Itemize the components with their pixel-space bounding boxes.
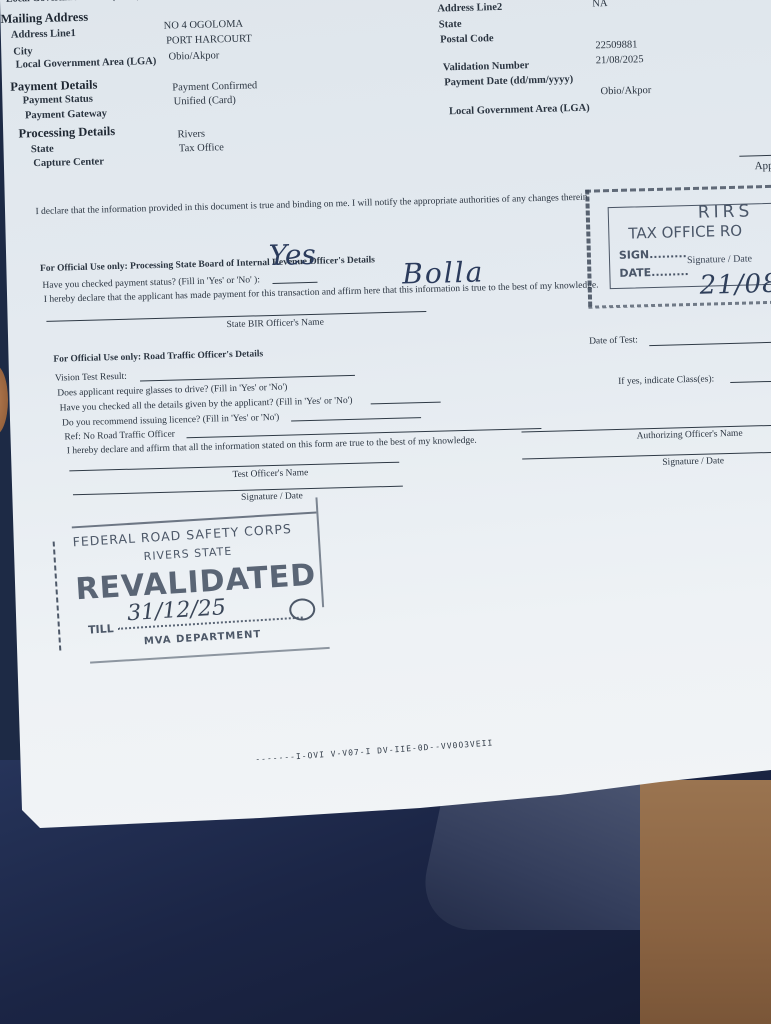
payment-details-heading: Payment Details bbox=[10, 77, 98, 94]
capture-center-value: Tax Office bbox=[179, 142, 224, 154]
lga-label: Local Government Area (LGA) bbox=[16, 56, 157, 71]
rirs-handwritten-date: 21/08/ bbox=[699, 268, 771, 300]
applicant-signature-line bbox=[739, 154, 771, 157]
processing-lga-value: Obio/Akpor bbox=[600, 85, 651, 97]
bir-officer-handwritten-name: Bolla bbox=[402, 255, 485, 290]
authorizing-officer-signature-line[interactable] bbox=[522, 451, 771, 459]
vision-test-line[interactable] bbox=[140, 375, 355, 382]
payment-date-label: Payment Date (dd/mm/yyyy) bbox=[444, 74, 573, 88]
payment-status-value: Payment Confirmed bbox=[172, 80, 257, 93]
test-officer-signature-line[interactable] bbox=[73, 486, 403, 496]
processing-state-value: Rivers bbox=[177, 129, 205, 141]
frsc-revalidated-stamp: FEDERAL ROAD SAFETY CORPS RIVERS STATE R… bbox=[51, 497, 335, 664]
recommend-question: Do you recommend issuing licence? (Fill … bbox=[62, 413, 279, 429]
authorizing-officer-signature-label: Signature / Date bbox=[662, 456, 724, 468]
payment-gateway-value: Unified (Card) bbox=[174, 95, 236, 108]
date-of-test-label: Date of Test: bbox=[589, 335, 638, 346]
cut-label: Local Government Area (LGA) bbox=[6, 0, 140, 5]
postal-code-label: Postal Code bbox=[440, 33, 494, 45]
applicant-label: Appl bbox=[754, 160, 771, 173]
road-traffic-heading: For Official Use only: Road Traffic Offi… bbox=[53, 349, 263, 364]
rirs-stamp-subtitle: TAX OFFICE RO bbox=[628, 222, 742, 243]
frsc-initial-seal-icon bbox=[289, 598, 316, 622]
rirs-stamp-title: RIRS bbox=[698, 201, 754, 222]
ref-line[interactable] bbox=[187, 428, 542, 438]
authorizing-officer-name-label: Authorizing Officer's Name bbox=[637, 429, 743, 442]
rirs-signature-date-label: Signature / Date bbox=[687, 253, 752, 266]
lga-value: Obio/Akpor bbox=[168, 50, 219, 62]
validation-number-label: Validation Number bbox=[443, 60, 530, 73]
city-label: City bbox=[13, 46, 33, 58]
date-of-test-line[interactable] bbox=[649, 341, 771, 346]
ref-label: Ref: No Road Traffic Officer bbox=[64, 430, 175, 443]
payment-date-value: 21/08/2025 bbox=[596, 54, 644, 66]
vision-test-label: Vision Test Result: bbox=[55, 372, 127, 384]
frsc-stamp-till-label: TILL bbox=[88, 622, 114, 637]
processing-details-heading: Processing Details bbox=[18, 124, 115, 142]
state-value: NA bbox=[592, 0, 607, 9]
rirs-tax-office-stamp: RIRS TAX OFFICE RO SIGN......... DATE...… bbox=[585, 183, 771, 309]
bir-section-heading: For Official Use only: Processing State … bbox=[40, 255, 375, 274]
state-label: State bbox=[439, 19, 462, 31]
glasses-question: Does applicant require glasses to drive?… bbox=[57, 383, 287, 399]
address-line1-value: NO 4 OGOLOMA bbox=[164, 19, 244, 32]
form-sheet: Local Government Area (LGA) Mailing Addr… bbox=[0, 0, 771, 830]
class-label: If yes, indicate Class(es): bbox=[618, 374, 714, 387]
frsc-stamp-department: MVA DEPARTMENT bbox=[144, 629, 262, 647]
address-line1-label: Address Line1 bbox=[11, 28, 76, 41]
background-finger bbox=[0, 365, 8, 435]
bir-payment-status-answer: Yes bbox=[268, 238, 316, 272]
bir-officer-name-label: State BIR Officer's Name bbox=[226, 318, 324, 331]
processing-state-label: State bbox=[31, 144, 54, 156]
test-officer-name-label: Test Officer's Name bbox=[232, 468, 308, 480]
payment-gateway-label: Payment Gateway bbox=[25, 108, 107, 121]
declaration-text: I declare that the information provided … bbox=[35, 193, 590, 218]
city-value: PORT HARCOURT bbox=[166, 33, 252, 46]
address-line2-label: Address Line2 bbox=[437, 2, 502, 15]
bir-payment-status-question: Have you checked payment status? (Fill i… bbox=[42, 275, 260, 291]
bir-payment-status-answer-line[interactable] bbox=[273, 282, 318, 284]
details-answer-line[interactable] bbox=[371, 402, 441, 405]
mailing-address-heading: Mailing Address bbox=[0, 10, 88, 27]
details-question: Have you checked all the details given b… bbox=[60, 396, 353, 414]
class-line[interactable] bbox=[730, 380, 771, 383]
recommend-answer-line[interactable] bbox=[291, 417, 421, 421]
validation-number-value: 22509881 bbox=[595, 39, 637, 51]
background-surface bbox=[640, 780, 771, 1024]
capture-center-label: Capture Center bbox=[33, 156, 104, 169]
processing-lga-label: Local Government Area (LGA) bbox=[449, 103, 590, 118]
document-paper: Local Government Area (LGA) Mailing Addr… bbox=[0, 0, 771, 830]
rirs-stamp-date-label: DATE......... bbox=[619, 265, 689, 280]
frsc-stamp-state: RIVERS STATE bbox=[143, 545, 232, 563]
rirs-stamp-sign-label: SIGN......... bbox=[619, 247, 687, 262]
payment-status-label: Payment Status bbox=[23, 94, 94, 107]
